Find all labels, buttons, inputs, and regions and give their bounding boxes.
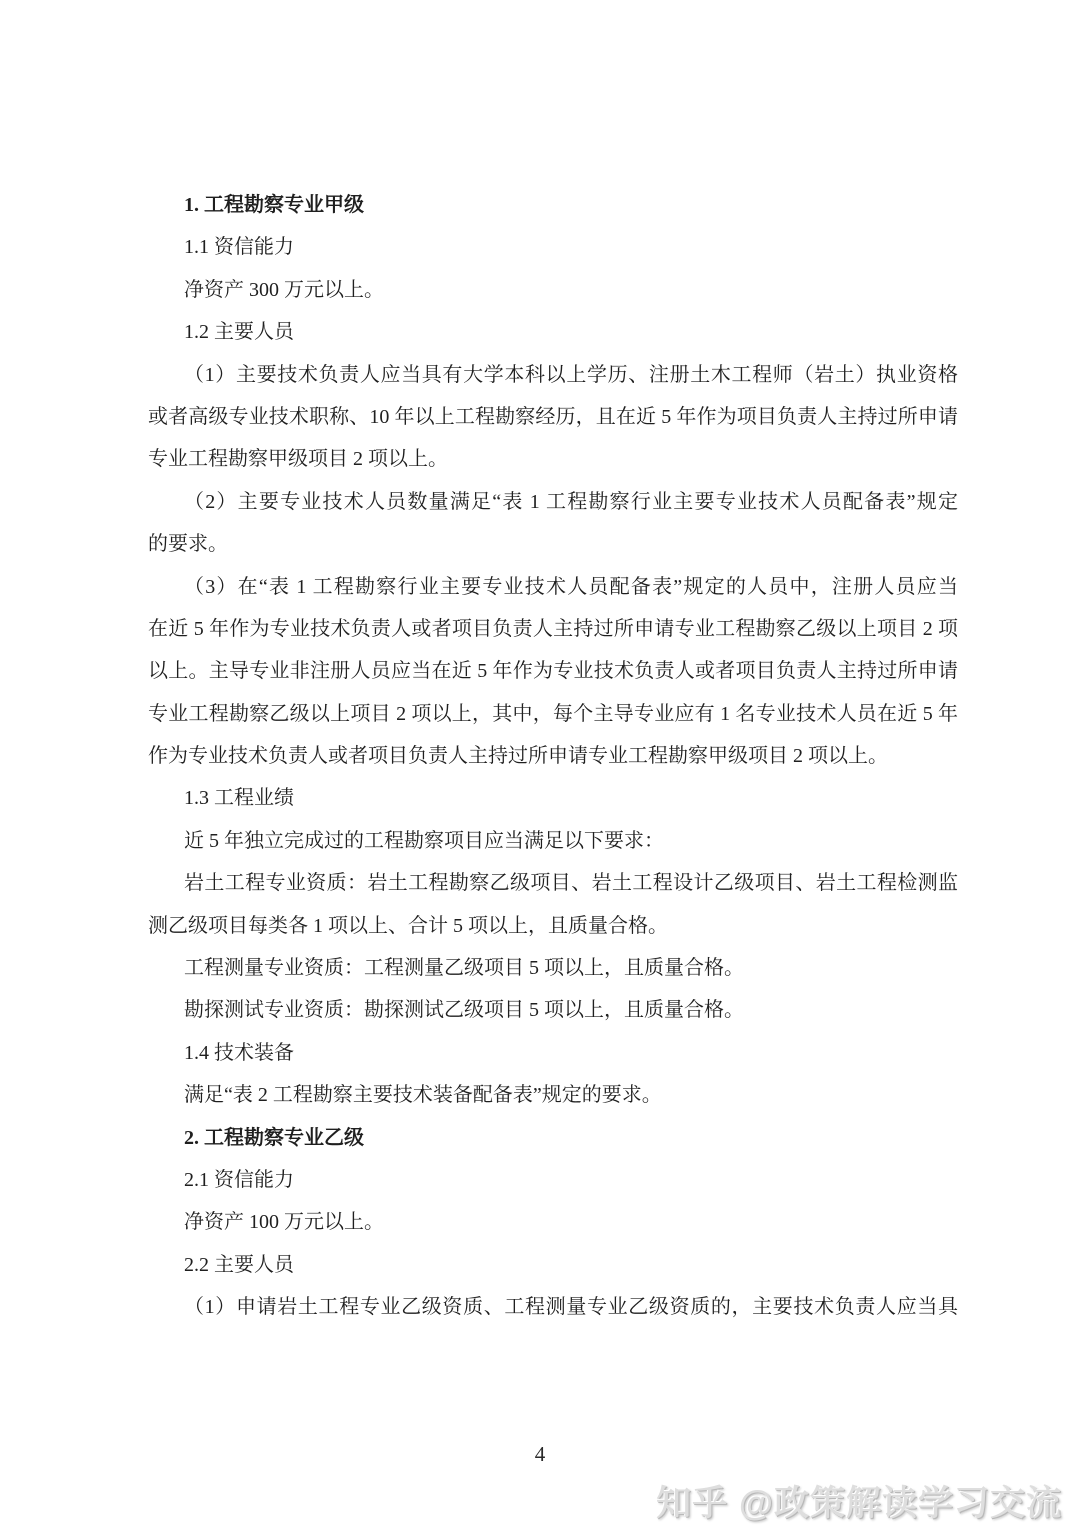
paragraph-line: 或者高级专业技术职称、10 年以上工程勘察经历，且在近 5 年作为项目负责人主持… <box>148 396 958 438</box>
paragraph-line: 净资产 100 万元以上。 <box>148 1201 958 1243</box>
paragraph-line: （1）主要技术负责人应当具有大学本科以上学历、注册土木工程师（岩土）执业资格 <box>148 354 958 396</box>
subsection-heading: 1.1 资信能力 <box>148 226 958 268</box>
subsection-heading: 1.4 技术装备 <box>148 1032 958 1074</box>
paragraph-line: 专业工程勘察甲级项目 2 项以上。 <box>148 438 958 480</box>
paragraph-line: 以上。主导专业非注册人员应当在近 5 年作为专业技术负责人或者项目负责人主持过所… <box>148 650 958 692</box>
subsection-heading: 1.2 主要人员 <box>148 311 958 353</box>
paragraph-line: 测乙级项目每类各 1 项以上、合计 5 项以上，且质量合格。 <box>148 905 958 947</box>
paragraph-line: 专业工程勘察乙级以上项目 2 项以上，其中，每个主导专业应有 1 名专业技术人员… <box>148 693 958 735</box>
paragraph-line: 岩土工程专业资质：岩土工程勘察乙级项目、岩土工程设计乙级项目、岩土工程检测监 <box>148 862 958 904</box>
section-heading: 1. 工程勘察专业甲级 <box>148 184 958 226</box>
paragraph-line: 满足“表 2 工程勘察主要技术装备配备表”规定的要求。 <box>148 1074 958 1116</box>
subsection-heading: 1.3 工程业绩 <box>148 777 958 819</box>
watermark: 知乎 @政策解读学习交流 <box>656 1476 1062 1526</box>
paragraph-line: 工程测量专业资质：工程测量乙级项目 5 项以上，且质量合格。 <box>148 947 958 989</box>
section-heading: 2. 工程勘察专业乙级 <box>148 1117 958 1159</box>
paragraph-line: （1）申请岩土工程专业乙级资质、工程测量专业乙级资质的，主要技术负责人应当具 <box>148 1286 958 1328</box>
subsection-heading: 2.1 资信能力 <box>148 1159 958 1201</box>
paragraph-line: （2）主要专业技术人员数量满足“表 1 工程勘察行业主要专业技术人员配备表”规定 <box>148 481 958 523</box>
subsection-heading: 2.2 主要人员 <box>148 1244 958 1286</box>
page-number: 4 <box>0 1438 1080 1470</box>
paragraph-line: （3）在“表 1 工程勘察行业主要专业技术人员配备表”规定的人员中，注册人员应当 <box>148 566 958 608</box>
paragraph-line: 净资产 300 万元以上。 <box>148 269 958 311</box>
paragraph-line: 在近 5 年作为专业技术负责人或者项目负责人主持过所申请专业工程勘察乙级以上项目… <box>148 608 958 650</box>
document-page: 1. 工程勘察专业甲级 1.1 资信能力 净资产 300 万元以上。 1.2 主… <box>0 0 1080 1527</box>
paragraph-line: 勘探测试专业资质：勘探测试乙级项目 5 项以上，且质量合格。 <box>148 989 958 1031</box>
paragraph-line: 的要求。 <box>148 523 958 565</box>
paragraph-line: 作为专业技术负责人或者项目负责人主持过所申请专业工程勘察甲级项目 2 项以上。 <box>148 735 958 777</box>
document-body: 1. 工程勘察专业甲级 1.1 资信能力 净资产 300 万元以上。 1.2 主… <box>148 184 958 1329</box>
paragraph-line: 近 5 年独立完成过的工程勘察项目应当满足以下要求： <box>148 820 958 862</box>
